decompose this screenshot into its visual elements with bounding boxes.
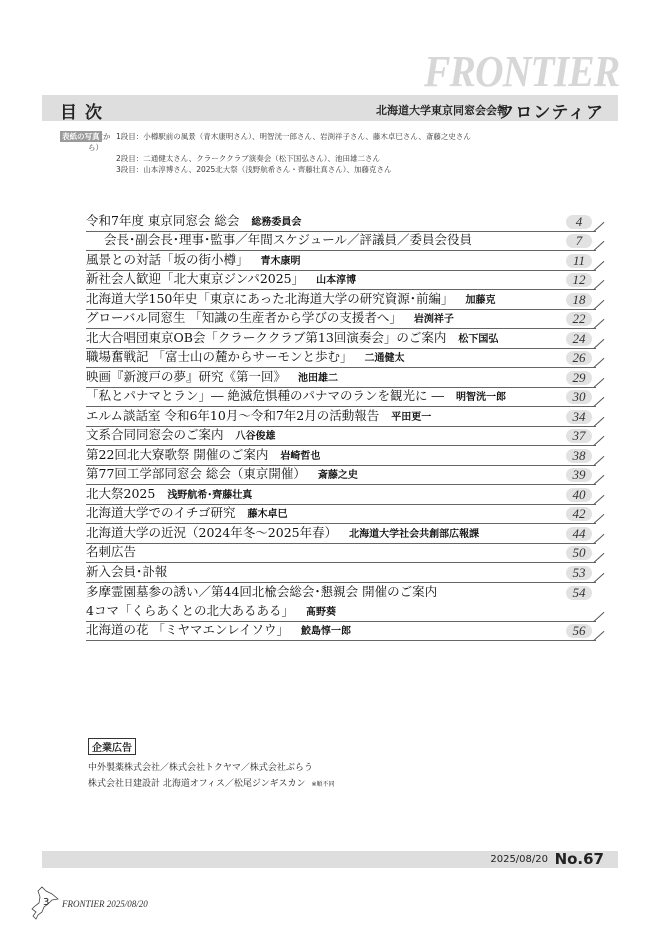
slash-divider [593,611,604,621]
toc-row: 北海道大学の近況（2024年冬～2025年春）北海道大学社会共創部広報課44 [86,524,596,544]
toc-title: 令和7年度 東京同窓会 総会総務委員会 [86,211,301,229]
toc-row: 北海道大学でのイチゴ研究藤木卓巳42 [86,505,596,525]
slash-divider [593,397,604,407]
slash-divider [593,436,604,446]
toc-page-number: 18 [566,293,592,307]
toc-title-text: 北海道大学でのイチゴ研究 [86,505,236,520]
toc-title-text: 北海道の花 「ミヤマエンレイソウ」 [86,622,289,637]
toc-author: 松下国弘 [458,334,498,345]
toc-author: 総務委員会 [251,217,301,228]
slash-divider [593,358,604,368]
slash-divider [593,338,604,348]
cover-label: 表紙の写真 [60,131,102,142]
header-subtitle: 北海道大学東京同窓会会報 [376,102,508,118]
toc-page-number: 44 [566,527,592,541]
toc-title-text: 北大合唱団東京OB会「クラーククラブ第13回演奏会」のご案内 [86,330,446,345]
toc-page-number: 39 [566,468,592,482]
cover-line: 1段目：小樽駅前の風景（青木康明さん）、明智洸一郎さん、岩渕祥子さん、藤木卓巳さ… [116,131,471,153]
ads-label: 企業広告 [88,738,136,755]
toc-row: 4コマ「くらあくとの北大あるある」髙野葵 [86,602,596,622]
toc-title: 4コマ「くらあくとの北大あるある」髙野葵 [86,601,336,619]
toc-row: 新社会人歓迎「北大東京ジンパ2025」山本淳博12 [86,271,596,291]
toc-title-text: 新社会人歓迎「北大東京ジンパ2025」 [86,271,304,286]
cover-line: 3段目：山本淳博さん、2025北大祭（浅野航希さん・齊藤壮真さん）、加藤克さん [116,164,392,175]
toc-author: 鮫島惇一郎 [301,626,351,637]
toc-row: 新入会員･訃報53 [86,563,596,583]
toc-title: 新入会員･訃報 [86,562,167,580]
toc-title: 北大合唱団東京OB会「クラーククラブ第13回演奏会」のご案内松下国弘 [86,328,498,346]
cover-photo-caption: 表紙の写真 （左から）1段目：小樽駅前の風景（青木康明さん）、明智洸一郎さん、岩… [88,131,471,175]
toc-page-number: 11 [566,254,592,268]
slash-divider [593,260,604,270]
toc-title: 新社会人歓迎「北大東京ジンパ2025」山本淳博 [86,269,356,287]
toc-page-number: 54 [566,586,592,600]
toc-page-number: 26 [566,351,592,365]
toc-title-text: 文系合同同窓会のご案内 [86,427,224,442]
slash-divider [593,494,604,504]
toc-row: グローバル同窓生 「知識の生産者から学びの支援者へ」岩渕祥子22 [86,310,596,330]
footer-text: FRONTIER 2025/08/20 [62,899,148,909]
toc-title: 北大祭2025浅野航希･齊藤壮真 [86,484,252,502]
toc-page-number: 37 [566,429,592,443]
toc-title: 映画『新渡戸の夢』研究《第一回》池田雄二 [86,367,338,385]
toc-page-number: 12 [566,273,592,287]
toc-title: エルム談話室 令和6年10月～令和7年2月の活動報告平田更一 [86,406,431,424]
table-of-contents: 令和7年度 東京同窓会 総会総務委員会4会長･副会長･理事･監事／年間スケジュー… [86,212,596,641]
page-title: 目次 [60,98,110,123]
toc-row: 名刺広告50 [86,544,596,564]
toc-author: 浅野航希･齊藤壮真 [167,490,252,501]
ads-note: ※順不同 [311,781,334,788]
toc-title-text: 第77回工学部同窓会 総会（東京開催） [86,466,306,481]
toc-title-text: 北大祭2025 [86,486,155,501]
slash-divider [593,416,604,426]
toc-title: 第22回北大寮歌祭 開催のご案内岩崎哲也 [86,445,320,463]
toc-title-text: 職場奮戦記 「富士山の麓からサーモンと歩む」 [86,349,352,364]
toc-page-number: 42 [566,507,592,521]
toc-title: 風景との対話「坂の街小樽」青木康明 [86,250,301,268]
toc-page-number: 53 [566,566,592,580]
toc-title: 「私とパナマとラン」― 絶滅危惧種のパナマのランを観光に ―明智洸一郎 [86,386,506,404]
toc-page-number: 40 [566,488,592,502]
toc-page-number: 7 [566,234,592,248]
toc-row: 「私とパナマとラン」― 絶滅危惧種のパナマのランを観光に ―明智洸一郎30 [86,388,596,408]
toc-author: 北海道大学社会共創部広報課 [349,529,479,540]
toc-author: 平田更一 [391,412,431,423]
toc-title-text: 第22回北大寮歌祭 開催のご案内 [86,447,268,462]
toc-title-text: 映画『新渡戸の夢』研究《第一回》 [86,369,286,384]
slash-divider [593,631,604,641]
toc-title-text: 新入会員･訃報 [86,564,167,579]
toc-title: 会長･副会長･理事･監事／年間スケジュール／評議員／委員会役員 [104,230,472,248]
toc-author: 山本淳博 [316,275,356,286]
slash-divider [593,299,604,309]
toc-title: 第77回工学部同窓会 総会（東京開催）斎藤之史 [86,464,358,482]
header-brand: フロンティア [497,98,604,123]
toc-title-text: 4コマ「くらあくとの北大あるある」 [86,603,294,618]
slash-divider [593,319,604,329]
toc-title: 名刺広告 [86,542,136,560]
toc-title: 文系合同同窓会のご案内八谷俊雄 [86,425,276,443]
toc-author: 池田雄二 [298,373,338,384]
toc-author: 加藤克 [466,295,496,306]
toc-author: 斎藤之史 [318,470,358,481]
toc-page-number: 29 [566,371,592,385]
toc-author: 髙野葵 [306,607,336,618]
toc-title-text: 名刺広告 [86,544,136,559]
toc-author: 岩渕祥子 [414,314,454,325]
toc-title-text: 北海道大学150年史「東京にあった北海道大学の研究資源･前編」 [86,291,454,306]
footer-band: 2025/08/20 No.67 [42,851,618,868]
toc-title-text: 「私とパナマとラン」― 絶滅危惧種のパナマのランを観光に ― [86,388,444,403]
toc-title: 北海道の花 「ミヤマエンレイソウ」鮫島惇一郎 [86,620,351,638]
toc-title-text: エルム談話室 令和6年10月～令和7年2月の活動報告 [86,408,379,423]
slash-divider [593,572,604,582]
slash-divider [593,241,604,251]
toc-author: 藤木卓巳 [248,509,288,520]
toc-author: 八谷俊雄 [236,431,276,442]
page-number: 3 [43,897,49,908]
toc-title-text: 風景との対話「坂の街小樽」 [86,252,249,267]
slash-divider [593,553,604,563]
toc-page-number: 30 [566,390,592,404]
toc-title-text: 令和7年度 東京同窓会 総会 [86,213,239,228]
toc-title: 北海道大学150年史「東京にあった北海道大学の研究資源･前編」加藤克 [86,289,496,307]
toc-page-number: 22 [566,312,592,326]
toc-page-number: 4 [566,215,592,229]
issue-number: No.67 [555,850,604,868]
toc-row: 北大祭2025浅野航希･齊藤壮真40 [86,485,596,505]
toc-row: 多摩霊園墓参の誘い／第44回北楡会総会･懇親会 開催のご案内54 [86,583,596,603]
slash-divider [593,455,604,465]
toc-row: エルム談話室 令和6年10月～令和7年2月の活動報告平田更一34 [86,407,596,427]
toc-row: 北大合唱団東京OB会「クラーククラブ第13回演奏会」のご案内松下国弘24 [86,329,596,349]
toc-row: 北海道の花 「ミヤマエンレイソウ」鮫島惇一郎56 [86,622,596,642]
toc-row: 北海道大学150年史「東京にあった北海道大学の研究資源･前編」加藤克18 [86,290,596,310]
toc-title: グローバル同窓生 「知識の生産者から学びの支援者へ」岩渕祥子 [86,308,454,326]
toc-row: 第77回工学部同窓会 総会（東京開催）斎藤之史39 [86,466,596,486]
toc-author: 青木康明 [261,256,301,267]
slash-divider [593,514,604,524]
toc-author: 明智洸一郎 [456,392,506,403]
toc-title-text: 北海道大学の近況（2024年冬～2025年春） [86,525,337,540]
toc-row: 映画『新渡戸の夢』研究《第一回》池田雄二29 [86,368,596,388]
frontier-logo: FRONTIER [424,50,619,94]
toc-title: 北海道大学の近況（2024年冬～2025年春）北海道大学社会共創部広報課 [86,523,479,541]
toc-title-text: 会長･副会長･理事･監事／年間スケジュール／評議員／委員会役員 [104,232,472,247]
slash-divider [593,280,604,290]
toc-page-number: 50 [566,546,592,560]
toc-row: 職場奮戦記 「富士山の麓からサーモンと歩む」二通健太26 [86,349,596,369]
toc-title: 北海道大学でのイチゴ研究藤木卓巳 [86,503,288,521]
header-band: 目次 北海道大学東京同窓会会報 フロンティア [42,95,618,121]
ads-line: 中外製薬株式会社／株式会社トクヤマ／株式会社ぶらう [88,760,335,776]
toc-page-number: 34 [566,410,592,424]
slash-divider [593,533,604,543]
toc-title: 職場奮戦記 「富士山の麓からサーモンと歩む」二通健太 [86,347,404,365]
corporate-ads: 企業広告 中外製薬株式会社／株式会社トクヤマ／株式会社ぶらう 株式会社日建設計 … [88,738,335,793]
toc-page-number: 24 [566,332,592,346]
toc-row: 令和7年度 東京同窓会 総会総務委員会4 [86,212,596,232]
toc-title-text: 多摩霊園墓参の誘い／第44回北楡会総会･懇親会 開催のご案内 [86,584,437,599]
toc-title-text: グローバル同窓生 「知識の生産者から学びの支援者へ」 [86,310,402,325]
slash-divider [593,475,604,485]
toc-title: 多摩霊園墓参の誘い／第44回北楡会総会･懇親会 開催のご案内 [86,582,437,600]
cover-line: 2段目：二通健太さん、クラーククラブ演奏会（松下国弘さん）、池田雄二さん [116,153,380,164]
toc-row: 第22回北大寮歌祭 開催のご案内岩崎哲也38 [86,446,596,466]
slash-divider [593,221,604,231]
ads-line: 株式会社日建設計 北海道オフィス／松尾ジンギスカン [88,779,305,789]
toc-page-number: 56 [566,624,592,638]
toc-row: 文系合同同窓会のご案内八谷俊雄37 [86,427,596,447]
toc-author: 二通健太 [364,353,404,364]
toc-row: 会長･副会長･理事･監事／年間スケジュール／評議員／委員会役員7 [86,232,596,252]
issue-date: 2025/08/20 [490,854,548,865]
toc-page-number: 38 [566,449,592,463]
toc-row: 風景との対話「坂の街小樽」青木康明11 [86,251,596,271]
toc-author: 岩崎哲也 [280,451,320,462]
slash-divider [593,377,604,387]
